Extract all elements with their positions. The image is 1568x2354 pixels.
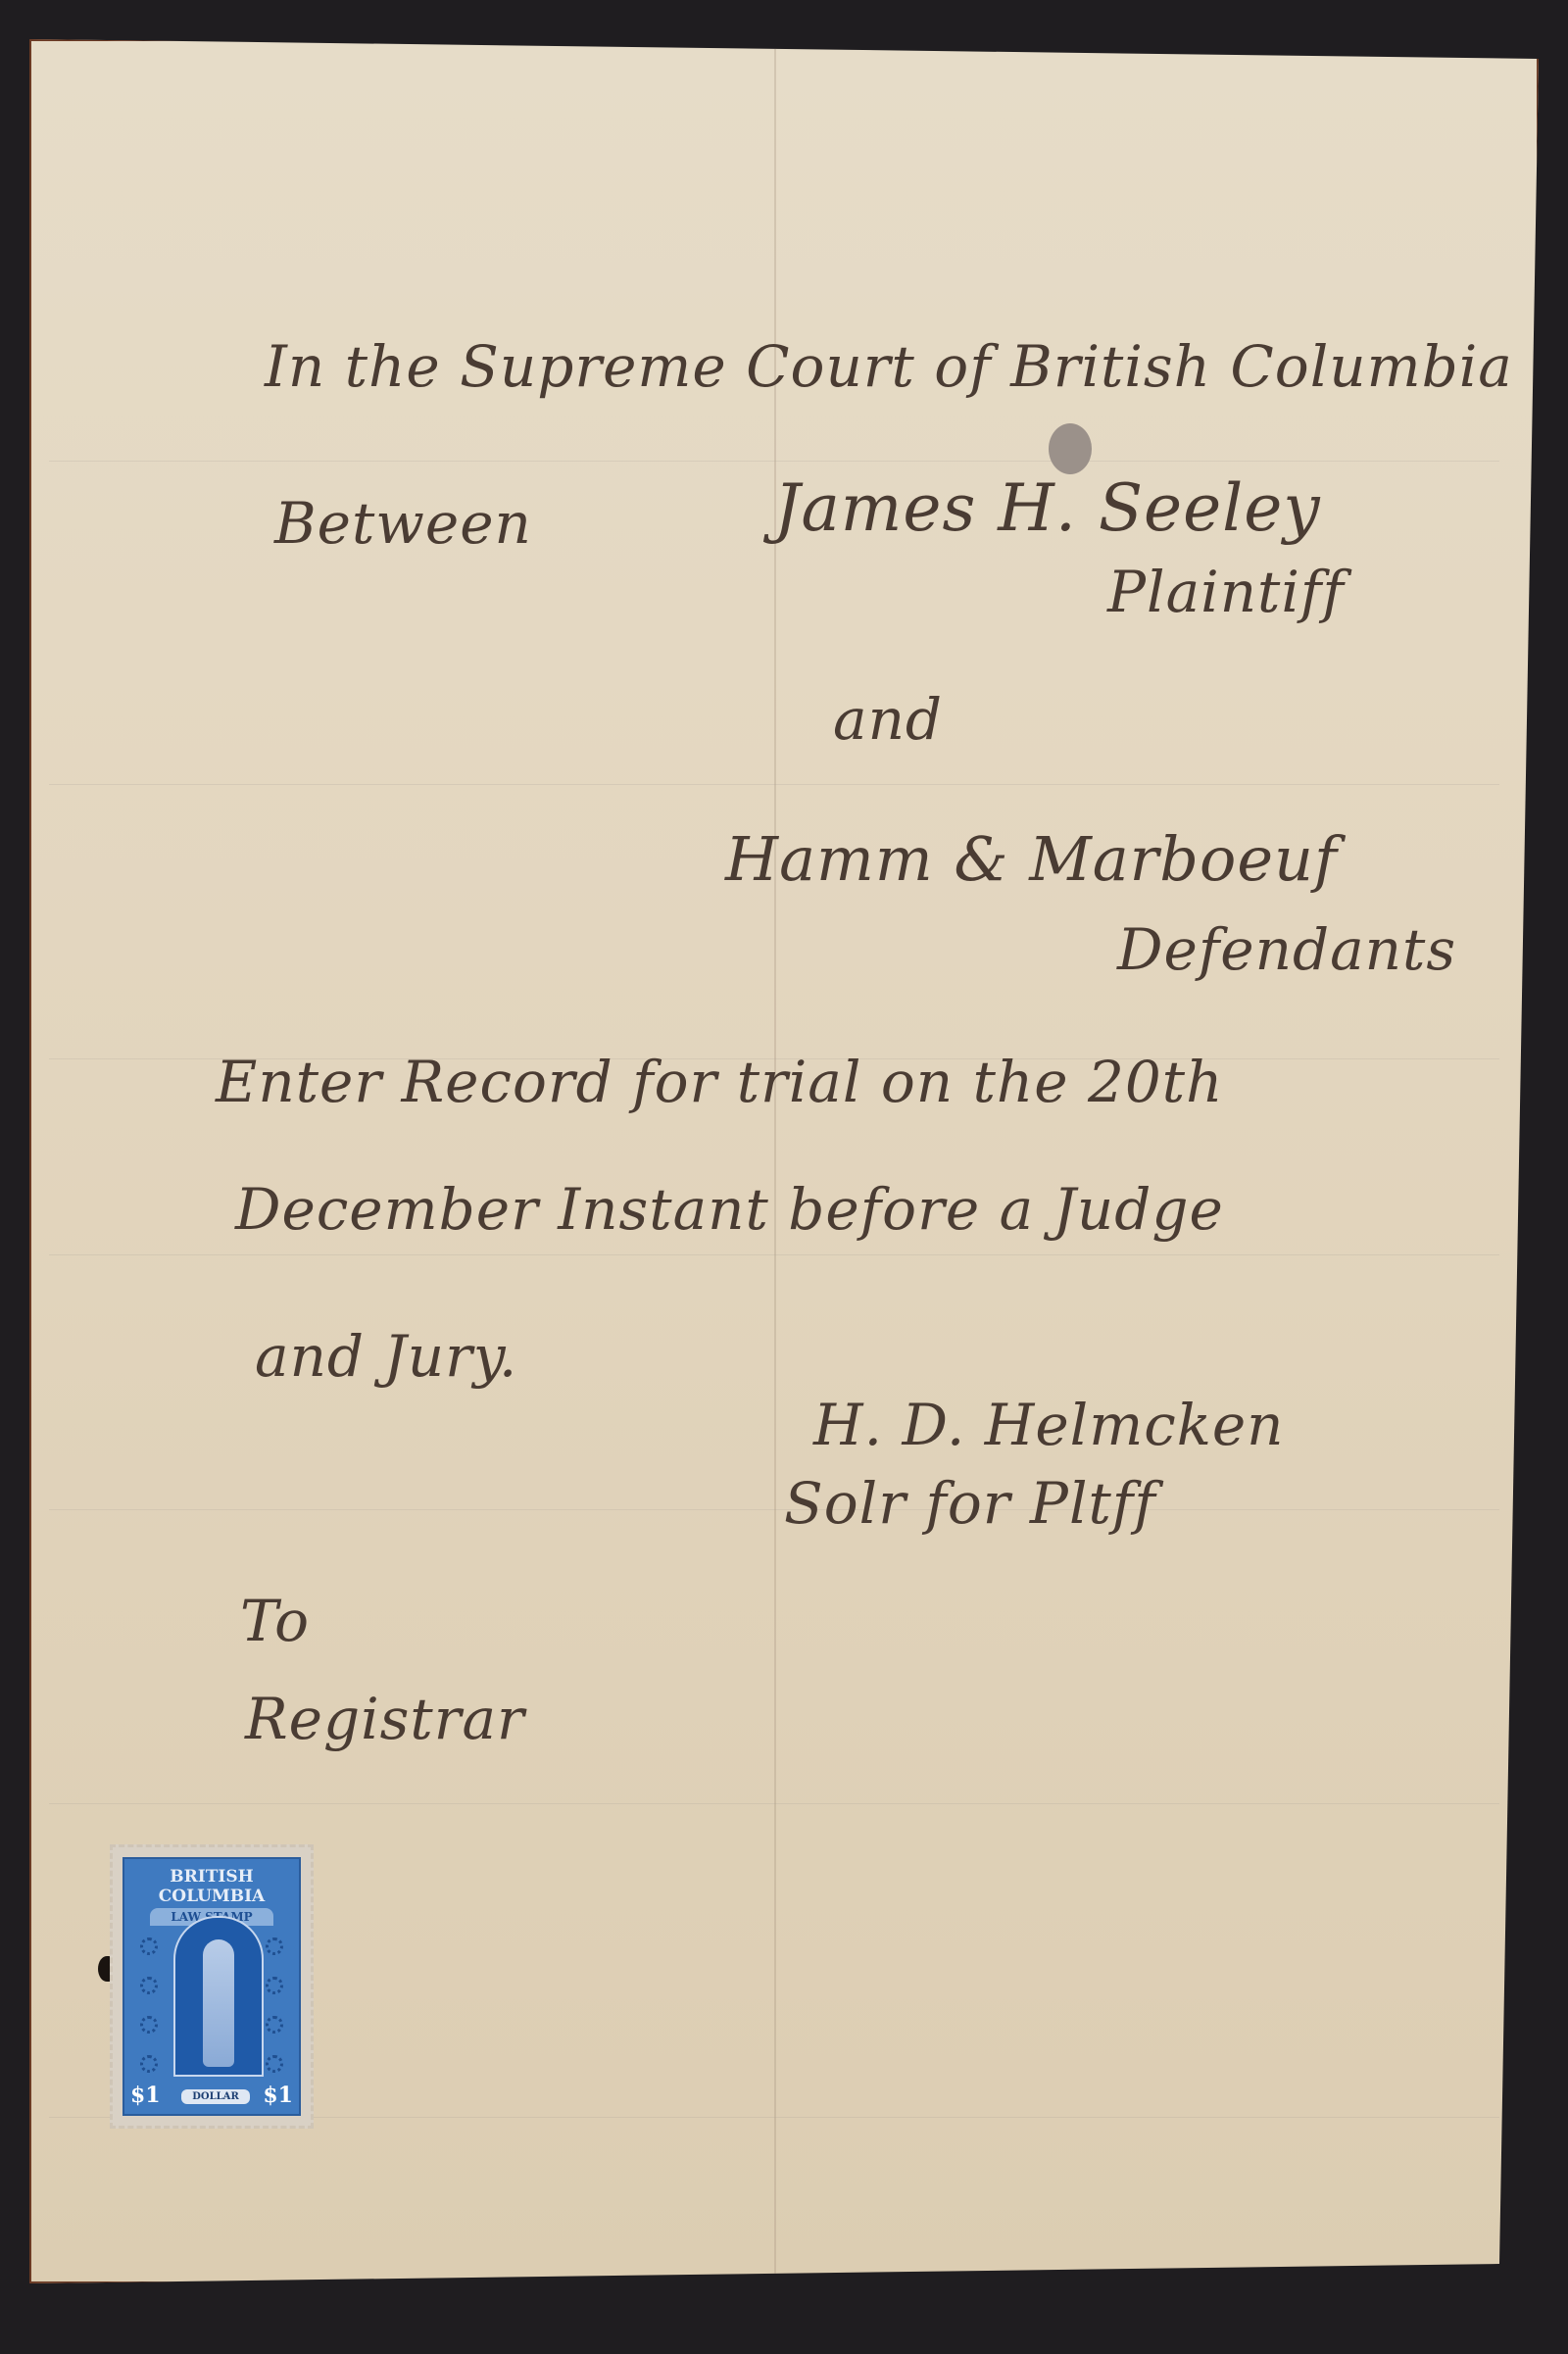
defendant-name: Hamm & Marboeuf [725,823,1338,895]
conjunction-and: and [833,686,943,753]
addressee-to: To [240,1588,310,1654]
plaintiff-role: Plaintiff [1107,559,1345,625]
defendant-role: Defendants [1117,916,1456,983]
body-line-3: and Jury. [255,1323,517,1390]
stamp-value-right: $1 [263,2083,293,2108]
plaintiff-name: James H. Seeley [774,470,1321,546]
court-heading: In the Supreme Court of British Columbia [265,333,1513,400]
rosette-icon [140,1977,158,1994]
stamp-value-left: $1 [130,2083,161,2108]
stamp-denomination: DOLLAR [181,2089,250,2104]
law-stamp-design: BRITISH COLUMBIA LAW STAMP $1 DOLLAR $1 [122,1857,301,2116]
rosette-icon [140,2016,158,2034]
rosette-icon [266,1937,283,1955]
stamp-niche [173,1916,264,2077]
stamp-title: BRITISH COLUMBIA [124,1859,299,1906]
ruled-line [49,1254,1499,1255]
ruled-line [49,1509,1499,1510]
rosette-icon [140,1937,158,1955]
rosette-icon [266,1977,283,1994]
punch-hole [1049,423,1092,474]
addressee-registrar: Registrar [245,1686,525,1752]
ruled-line [49,784,1499,785]
rosette-icon [266,2016,283,2034]
between-label: Between [274,490,532,557]
ruled-line [49,461,1499,462]
justice-figure-icon [203,1939,234,2067]
body-line-1: Enter Record for trial on the 20th [216,1049,1223,1115]
signature-name: H. D. Helmcken [813,1392,1285,1458]
rosette-icon [266,2055,283,2073]
signature-title: Solr for Pltff [784,1470,1156,1537]
body-line-2: December Instant before a Judge [235,1176,1224,1243]
rosette-icon [140,2055,158,2073]
law-stamp: BRITISH COLUMBIA LAW STAMP $1 DOLLAR $1 [110,1844,314,2129]
ruled-line [49,1803,1499,1804]
